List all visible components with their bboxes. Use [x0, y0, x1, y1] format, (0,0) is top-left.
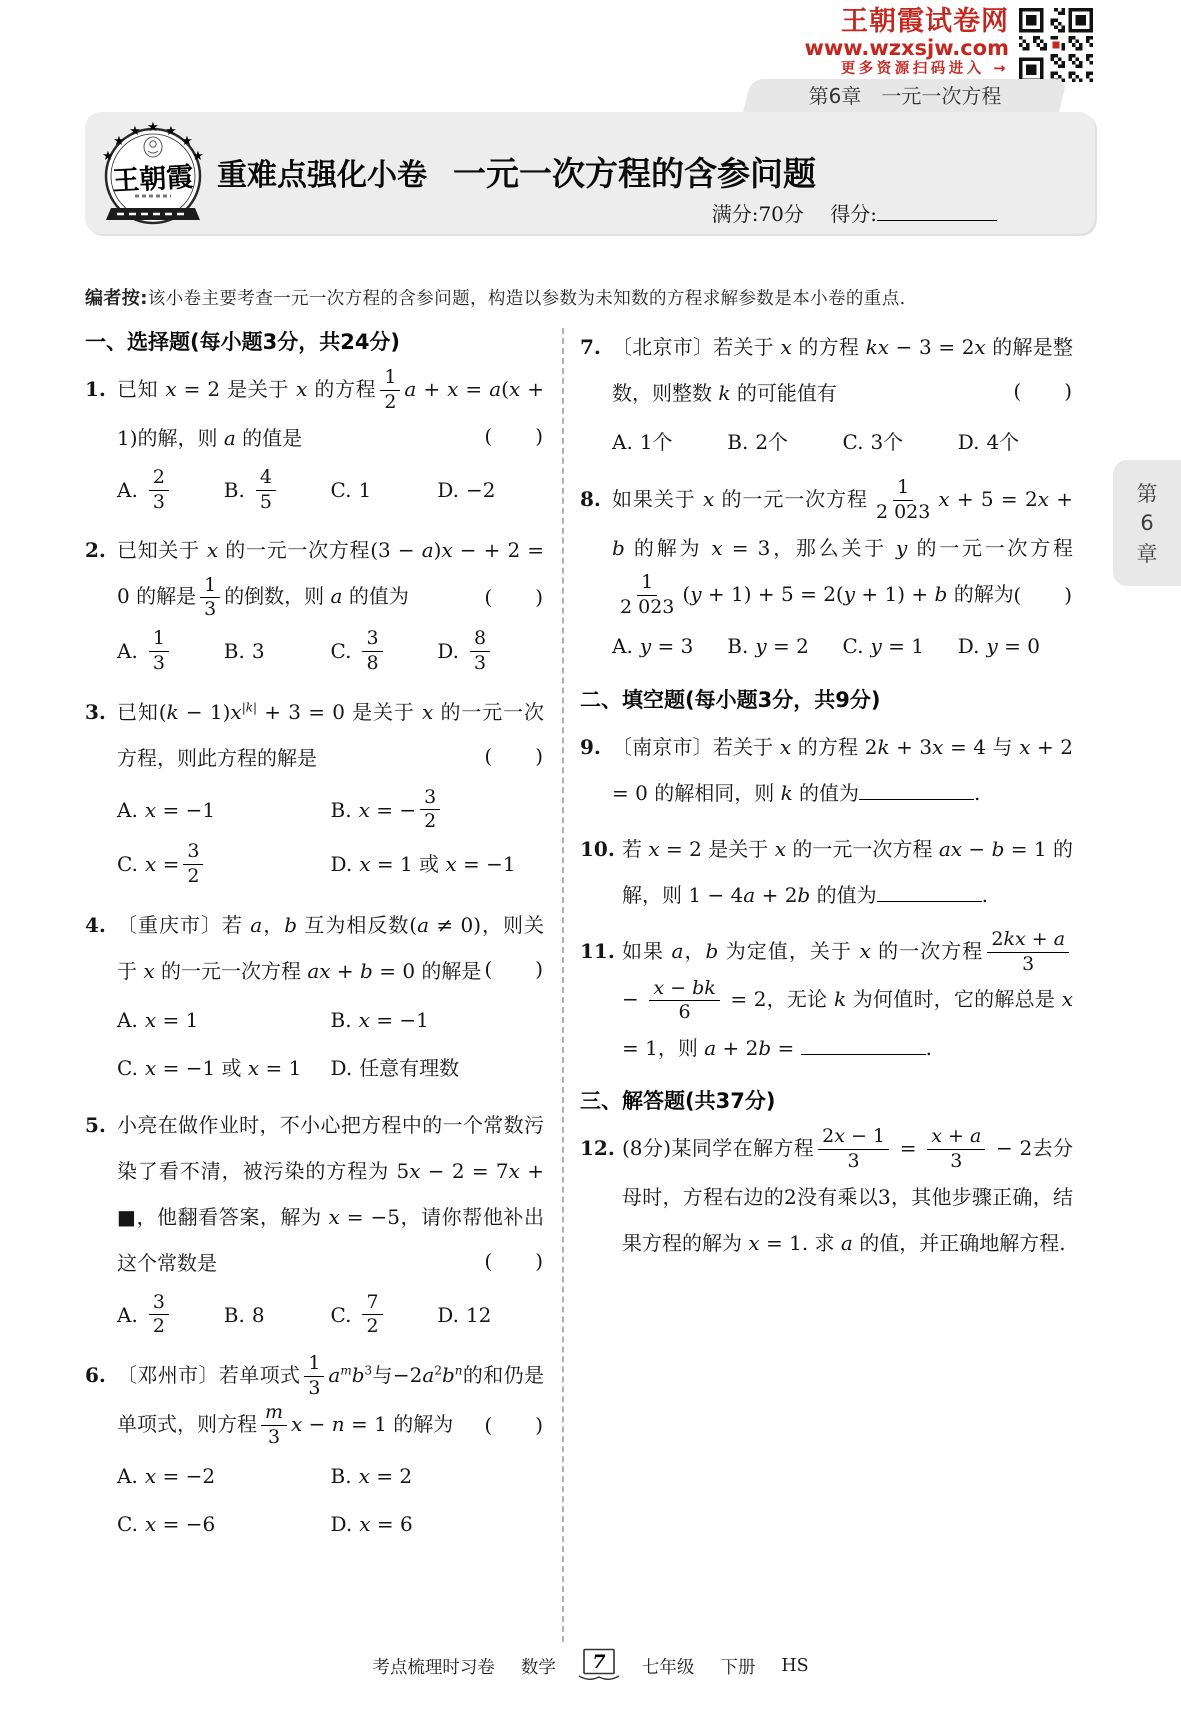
question-body: 小亮在做作业时，不小心把方程中的一个常数污染了看不清，被污染的方程为 5x − … [117, 1102, 544, 1343]
fill-blank [877, 885, 982, 902]
answer-paren: ( ) [484, 733, 544, 779]
option-label: A. [117, 1455, 138, 1497]
option-a: A.32 [117, 1291, 224, 1340]
answer-paren: ( ) [484, 946, 544, 992]
option-label: B. [331, 789, 352, 831]
option-d: D.83 [437, 627, 544, 676]
star-icon: ★ [147, 120, 159, 135]
option-label: C. [117, 1503, 138, 1545]
superscript: |k| [242, 700, 257, 714]
option-label: C. [331, 469, 352, 511]
question-number: 7. [580, 324, 601, 370]
option-a: A.x = −2 [117, 1455, 331, 1497]
option-b: B.2个 [727, 421, 842, 463]
option-label: B. [224, 630, 245, 672]
footer-volume: 下册 [720, 1654, 755, 1679]
option-label: B. [331, 1455, 352, 1497]
column-left: 一、选择题(每小题3分，共24分)1.已知 x = 2 是关于 x 的方程12a… [85, 324, 544, 1642]
main-content: 一、选择题(每小题3分，共24分)1.已知 x = 2 是关于 x 的方程12a… [85, 324, 1073, 1642]
fraction: 45 [256, 466, 276, 515]
fraction: x − bk6 [649, 977, 719, 1026]
option-d: D.4个 [958, 421, 1073, 463]
option-label: B. [727, 625, 748, 667]
option-d: D.−2 [437, 466, 544, 515]
fraction: x + a3 [927, 1125, 985, 1174]
option-b: B.3 [224, 627, 331, 676]
options-row: A.23B.45C.1D.−2 [117, 463, 544, 518]
option-label: A. [117, 999, 138, 1041]
qr-code [1019, 8, 1093, 82]
title-prefix: 重难点强化小卷 [217, 150, 427, 194]
answer-paren: ( ) [484, 413, 544, 459]
option-label: A. [612, 421, 633, 463]
option-label: C. [843, 421, 864, 463]
question-body: 已知关于 x 的一元一次方程(3 − a)x − + 2 = 0 的解是13的倒… [117, 527, 544, 678]
option-a: A.1个 [612, 421, 727, 463]
question-number: 2. [85, 527, 106, 573]
fraction: 13 [149, 627, 169, 676]
option-b: B.x = 2 [331, 1455, 545, 1497]
chapter-tab: 第6章 一元一次方程 [747, 79, 1063, 113]
footer-subject: 数学 [521, 1654, 556, 1679]
option-label: D. [331, 1503, 353, 1545]
question-body: 〔邓州市〕若单项式13amb3与−2a2bn的和仍是单项式，则方程m3x − n… [117, 1352, 544, 1548]
editor-note-text: 该小卷主要考查一元一次方程的含参问题，构造以参数为未知数的方程求解参数是本小卷的… [148, 289, 906, 309]
option-label: C. [843, 625, 864, 667]
answer-paren: ( ) [484, 574, 544, 620]
option-label: A. [117, 1294, 138, 1336]
fraction: 38 [362, 627, 382, 676]
star-icon: ★ [165, 124, 177, 139]
question-q6: 6.〔邓州市〕若单项式13amb3与−2a2bn的和仍是单项式，则方程m3x −… [85, 1352, 544, 1548]
options-row: A.x = −2B.x = 2C.x = −6D.x = 6 [117, 1452, 544, 1548]
option-label: D. [437, 630, 459, 672]
option-label: A. [117, 789, 138, 831]
option-d: D.y = 0 [958, 625, 1073, 667]
section-heading-sec1: 一、选择题(每小题3分，共24分) [85, 326, 544, 356]
question-body: 如果关于 x 的一元一次方程12 023x + 5 = 2x + b 的解为 x… [612, 476, 1073, 670]
score-label: 得分: [830, 202, 877, 226]
question-body: (8分)某同学在解方程2x − 13 = x + a3 − 2去分母时，方程右边… [622, 1125, 1073, 1266]
question-body: 如果 a，b 为定值，关于 x 的一次方程2kx + a3 − x − bk6 … [622, 928, 1073, 1072]
option-label: D. [437, 1294, 459, 1336]
question-body: 已知 x = 2 是关于 x 的方程12a + x = a(x + 1)的解，则… [117, 366, 544, 517]
scan-hint: 更多资源扫码进入 → [841, 60, 1009, 79]
question-number: 1. [85, 366, 106, 412]
side-chapter-tab: 第 6 章 [1113, 460, 1181, 586]
question-body: 〔北京市〕若关于 x 的方程 kx − 3 = 2x 的解是整数，则整数 k 的… [612, 324, 1073, 466]
question-number: 8. [580, 476, 601, 522]
section-heading-sec2: 二、填空题(每小题3分，共9分) [580, 684, 1073, 714]
option-c: C.72 [331, 1291, 438, 1340]
fill-blank [801, 1038, 926, 1055]
option-c: C.y = 1 [843, 625, 958, 667]
question-body: 〔重庆市〕若 a，b 互为相反数(a ≠ 0)，则关于 x 的一元一次方程 ax… [117, 902, 544, 1092]
question-number: 12. [580, 1125, 615, 1171]
chapter-tab-label: 第6章 一元一次方程 [747, 79, 1063, 113]
answer-paren: ( ) [484, 1402, 544, 1448]
star-icon: ★ [102, 149, 114, 164]
question-q2: 2.已知关于 x 的一元一次方程(3 − a)x − + 2 = 0 的解是13… [85, 527, 544, 678]
question-number: 10. [580, 826, 615, 872]
badge-logo-text: 王朝霞 [112, 162, 195, 197]
editor-note: 编者按:该小卷主要考查一元一次方程的含参问题，构造以参数为未知数的方程求解参数是… [85, 284, 1097, 310]
side-tab-char: 6 [1140, 511, 1153, 535]
option-c: C.x = 32 [117, 840, 331, 889]
option-c: C.x = −1 或 x = 1 [117, 1047, 331, 1089]
fraction: 2x − 13 [818, 1125, 889, 1174]
column-right: 7.〔北京市〕若关于 x 的方程 kx − 3 = 2x 的解是整数，则整数 k… [580, 324, 1073, 1642]
fill-blank [859, 783, 974, 800]
question-q10: 10.若 x = 2 是关于 x 的一元一次方程 ax − b = 1 的解，则… [580, 826, 1073, 918]
question-body: 若 x = 2 是关于 x 的一元一次方程 ax − b = 1 的解，则 1 … [622, 826, 1073, 918]
options-row: A.32B.8C.72D.12 [117, 1288, 544, 1343]
question-q12: 12.(8分)某同学在解方程2x − 13 = x + a3 − 2去分母时，方… [580, 1125, 1073, 1266]
fraction: 32 [149, 1291, 169, 1340]
page-number: 7 [592, 1651, 605, 1673]
question-number: 3. [85, 689, 106, 735]
fraction: 32 [183, 840, 203, 889]
page-title: 重难点强化小卷 一元一次方程的含参问题 [217, 148, 816, 195]
option-c: C.38 [331, 627, 438, 676]
score-line: 满分:70分 得分: [712, 198, 997, 227]
option-c: C.3个 [843, 421, 958, 463]
options-row: A.13B.3C.38D.83 [117, 624, 544, 679]
fraction: 72 [362, 1291, 382, 1340]
side-tab-char: 第 [1137, 478, 1158, 508]
fraction: 13 [304, 1352, 324, 1401]
brand-block: 王朝霞试卷网 www.wzxsjw.com 更多资源扫码进入 → [805, 8, 1094, 82]
option-label: C. [117, 1047, 138, 1089]
option-label: D. [331, 843, 353, 885]
brand-name: 王朝霞试卷网 [841, 8, 1009, 36]
options-row: A.y = 3B.y = 2C.y = 1D.y = 0 [612, 622, 1073, 670]
options-row: A.x = 1B.x = −1C.x = −1 或 x = 1D.任意有理数 [117, 996, 544, 1092]
fraction: 23 [149, 466, 169, 515]
option-label: D. [958, 421, 980, 463]
star-icon: ★ [181, 134, 193, 149]
fraction: 83 [470, 627, 490, 676]
option-label: B. [224, 469, 245, 511]
answer-paren: ( ) [484, 1238, 544, 1284]
option-a: A.y = 3 [612, 625, 727, 667]
option-label: C. [331, 1294, 352, 1336]
editor-note-label: 编者按: [85, 288, 148, 309]
full-score-label: 满分:70分 [712, 202, 804, 226]
question-number: 6. [85, 1352, 106, 1398]
fraction: 32 [420, 786, 440, 835]
superscript: m [340, 1363, 351, 1377]
fraction: 12 023 [872, 476, 934, 525]
option-a: A.x = −1 [117, 786, 331, 835]
option-b: B.45 [224, 466, 331, 515]
superscript: 2 [434, 1363, 442, 1377]
question-q11: 11.如果 a，b 为定值，关于 x 的一次方程2kx + a3 − x − b… [580, 928, 1073, 1072]
question-q5: 5.小亮在做作业时，不小心把方程中的一个常数污染了看不清，被污染的方程为 5x … [85, 1102, 544, 1343]
option-b: B.x = −32 [331, 786, 545, 835]
score-blank [877, 204, 997, 221]
question-number: 4. [85, 902, 106, 948]
option-d: D.任意有理数 [331, 1047, 545, 1089]
question-body: 〔南京市〕若关于 x 的方程 2k + 3x = 4 与 x + 2 = 0 的… [612, 724, 1073, 816]
options-row: A.x = −1B.x = −32C.x = 32D.x = 1 或 x = −… [117, 783, 544, 892]
question-number: 5. [85, 1102, 106, 1148]
star-icon: ★ [192, 149, 204, 164]
question-q8: 8.如果关于 x 的一元一次方程12 023x + 5 = 2x + b 的解为… [580, 476, 1073, 670]
question-number: 9. [580, 724, 601, 770]
star-icon: ★ [113, 134, 125, 149]
option-label: A. [117, 469, 138, 511]
footer-series: 考点梳理时习卷 [372, 1654, 495, 1679]
options-row: A.1个B.2个C.3个D.4个 [612, 418, 1073, 466]
option-label: D. [958, 625, 980, 667]
question-number: 11. [580, 928, 615, 974]
page-footer: 考点梳理时习卷 数学 7 七年级 下册 HS [0, 1648, 1181, 1684]
option-label: D. [437, 469, 459, 511]
brand-badge-logo: ★ ★ ★ ★ ★ ★ ★ 王朝霞 [97, 116, 209, 232]
option-d: D.x = 1 或 x = −1 [331, 840, 545, 889]
footer-edition: HS [781, 1656, 808, 1676]
question-q3: 3.已知(k − 1)x|k| + 3 = 0 是关于 x 的一元一次方程，则此… [85, 689, 544, 892]
option-label: B. [727, 421, 748, 463]
option-d: D.12 [437, 1291, 544, 1340]
fraction: 2kx + a3 [987, 928, 1069, 977]
option-b: B.x = −1 [331, 999, 545, 1041]
question-q4: 4.〔重庆市〕若 a，b 互为相反数(a ≠ 0)，则关于 x 的一元一次方程 … [85, 902, 544, 1092]
column-divider [562, 328, 564, 1642]
option-label: D. [331, 1047, 353, 1089]
option-label: A. [117, 630, 138, 672]
option-label: B. [331, 999, 352, 1041]
option-label: C. [117, 843, 138, 885]
question-body: 已知(k − 1)x|k| + 3 = 0 是关于 x 的一元一次方程，则此方程… [117, 689, 544, 892]
fraction: 12 023 [616, 571, 678, 620]
option-label: C. [331, 630, 352, 672]
option-a: A.23 [117, 466, 224, 515]
fraction: 13 [200, 574, 220, 623]
option-d: D.x = 6 [331, 1503, 545, 1545]
footer-grade: 七年级 [642, 1654, 695, 1679]
answer-paren: ( ) [1013, 368, 1073, 414]
brand-text: 王朝霞试卷网 www.wzxsjw.com 更多资源扫码进入 → [805, 8, 1010, 79]
question-q1: 1.已知 x = 2 是关于 x 的方程12a + x = a(x + 1)的解… [85, 366, 544, 517]
option-label: B. [224, 1294, 245, 1336]
fraction: 12 [380, 366, 400, 415]
option-b: B.8 [224, 1291, 331, 1340]
fraction: m3 [261, 1401, 287, 1450]
answer-paren: ( ) [1013, 572, 1073, 618]
question-q9: 9.〔南京市〕若关于 x 的方程 2k + 3x = 4 与 x + 2 = 0… [580, 724, 1073, 816]
star-icon: ★ [129, 124, 141, 139]
header-card: ★ ★ ★ ★ ★ ★ ★ 王朝霞 重难点强化小卷 一元一次方程的含参问题 满分… [85, 112, 1095, 234]
option-a: A.13 [117, 627, 224, 676]
option-a: A.x = 1 [117, 999, 331, 1041]
superscript: n [455, 1363, 463, 1377]
title-main: 一元一次方程的含参问题 [453, 148, 816, 195]
site-url: www.wzxsjw.com [805, 36, 1010, 60]
option-b: B.y = 2 [727, 625, 842, 667]
side-tab-char: 章 [1137, 538, 1158, 568]
section-heading-sec3: 三、解答题(共37分) [580, 1085, 1073, 1115]
book-page-icon: 7 [576, 1648, 622, 1684]
option-label: A. [612, 625, 633, 667]
question-q7: 7.〔北京市〕若关于 x 的方程 kx − 3 = 2x 的解是整数，则整数 k… [580, 324, 1073, 466]
option-c: C.1 [331, 466, 438, 515]
option-c: C.x = −6 [117, 1503, 331, 1545]
